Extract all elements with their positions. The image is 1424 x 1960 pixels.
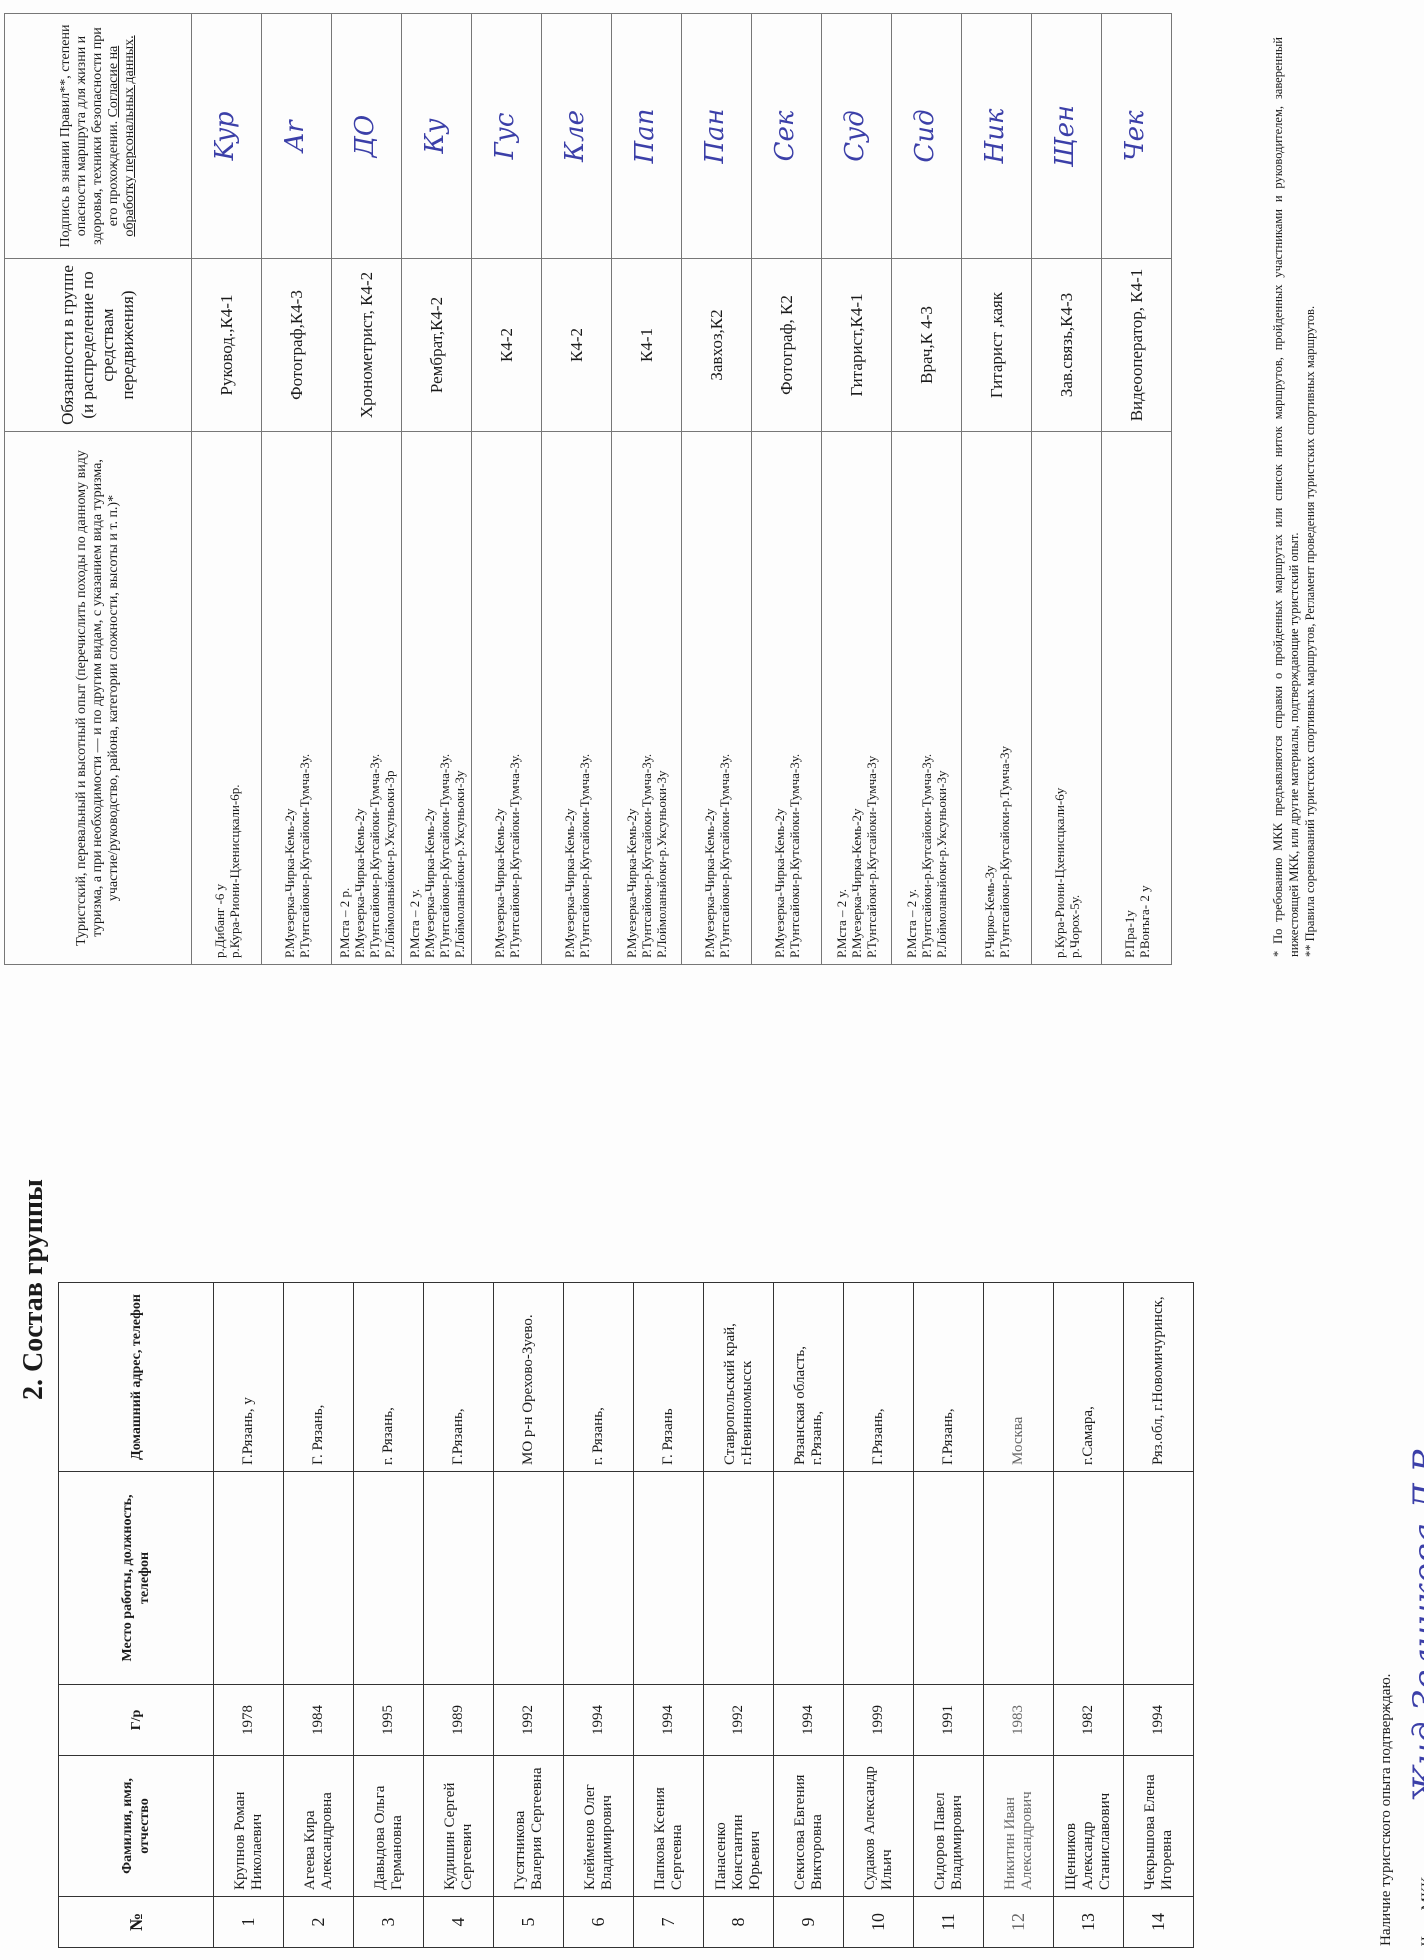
experience-line: Р.Муезерка-Чирка-Кемь-2у	[282, 438, 297, 958]
member-row: 6Клейменов Олег Владимирович1994г. Рязан…	[564, 1283, 634, 1948]
handwritten-signature: Суд	[840, 110, 870, 161]
member-number: 3	[354, 1897, 424, 1948]
member-name: Давыдова Ольга Германовна	[354, 1756, 424, 1897]
member-number: 4	[424, 1897, 494, 1948]
duty-cell: К4-2	[542, 259, 612, 432]
experience-line: Р.Лоймоланьйоки-р.Уксуньоки-3у	[654, 438, 669, 958]
experience-line: Р.Лоймоланьйоки-р.Уксуньоки-3у	[452, 438, 467, 958]
member-workplace	[424, 1472, 494, 1685]
duty-cell: Руковод.,К4-1	[192, 259, 262, 432]
experience-row: Р.Муезерка-Чирка-Кемь-2уР.Тунтсайоки-р.К…	[752, 14, 822, 965]
member-workplace	[1124, 1472, 1194, 1685]
experience-cell: Р.Мста – 2 у.Р.Тунтсайоки-р.Кутсайоки-Ту…	[892, 432, 962, 965]
experience-line: Р.Муезерка-Чирка-Кемь-2у	[422, 438, 437, 958]
signature-cell: Гус	[472, 14, 542, 259]
signature-cell: Пап	[612, 14, 682, 259]
member-name: Панасенко Константин Юрьевич	[704, 1756, 774, 1897]
experience-line: Р.Чирко-Кемь-3у	[982, 438, 997, 958]
member-row: 7Папкова Ксения Сергеевна1994Г. Рязань	[634, 1283, 704, 1948]
member-workplace	[914, 1472, 984, 1685]
footnote-1: * По требованию МКК предъявляются справк…	[1270, 37, 1302, 957]
duty-cell: Фотограф,К4-3	[262, 259, 332, 432]
experience-confirmation: Наличие туристского опыта подтверждаю.	[1378, 1674, 1395, 1946]
handwritten-signature: Сек	[770, 111, 800, 162]
experience-row: Р.Мста – 2 у.Р.Муезерка-Чирка-Кемь-2уР.Т…	[822, 14, 892, 965]
experience-cell: Р.Муезерка-Чирка-Кемь-2уР.Тунтсайоки-р.К…	[472, 432, 542, 965]
experience-cell: Р.Муезерка-Чирка-Кемь-2уР.Тунтсайоки-р.К…	[612, 432, 682, 965]
group-members-table: № Фамилия, имя, отчество Г/р Место работ…	[58, 1282, 1194, 1948]
member-birth-year: 1995	[354, 1685, 424, 1756]
member-name: Клейменов Олег Владимирович	[564, 1756, 634, 1897]
member-name: Чекрышова Елена Игоревна	[1124, 1756, 1194, 1897]
member-number: 7	[634, 1897, 704, 1948]
experience-line: Р.Мста – 2 у.	[407, 438, 422, 958]
experience-cell: р.Дибанг -6 ур.Кура-Риони-Цхенисцкали-6р…	[192, 432, 262, 965]
mkk-member-line: Член МКК Жид Зелинкова Л.В	[1400, 1388, 1424, 1946]
member-address: Г.Рязань,	[424, 1283, 494, 1472]
experience-line: Р.Тунтсайоки-р.Кутсайоки-Тумча-3у.	[577, 438, 592, 958]
handwritten-signature: Пап	[630, 109, 660, 164]
member-name: Никитин Иван Александрович	[984, 1756, 1054, 1897]
member-workplace	[774, 1472, 844, 1685]
signature-cell: ДО	[332, 14, 402, 259]
member-number: 14	[1124, 1897, 1194, 1948]
signature-cell: Ar	[262, 14, 332, 259]
experience-cell: Р.Муезерка-Чирка-Кемь-2уР.Тунтсайоки-р.К…	[752, 432, 822, 965]
member-address: Г.Рязань,	[844, 1283, 914, 1472]
experience-row: Р.Мста – 2 у.Р.Тунтсайоки-р.Кутсайоки-Ту…	[892, 14, 962, 965]
member-address: г. Рязань,	[354, 1283, 424, 1472]
experience-cell: Р.Чирко-Кемь-3уР.Тунтсайоки-р.Кутсайоки-…	[962, 432, 1032, 965]
member-number: 9	[774, 1897, 844, 1948]
duty-cell: Гитарист ,каяк	[962, 259, 1032, 432]
experience-line: Р.Тунтсайоки-р.Кутсайоки-Тумча-3у.	[367, 438, 382, 958]
experience-line: Р.Мста – 2 у.	[904, 438, 919, 958]
handwritten-signature: Щен	[1050, 105, 1080, 167]
experience-row: Р.Муезерка-Чирка-Кемь-2уР.Тунтсайоки-р.К…	[682, 14, 752, 965]
member-row: 9Секисова Евгения Викторовна1994Рязанска…	[774, 1283, 844, 1948]
member-address: Г.Рязань,	[914, 1283, 984, 1472]
experience-cell: Р.Мста – 2 у.Р.Муезерка-Чирка-Кемь-2уР.Т…	[402, 432, 472, 965]
experience-row: р.Кура-Риони-Цхенисцкали-6ур.Чорох-5у.За…	[1032, 14, 1102, 965]
experience-line: Р.Муезерка-Чирка-Кемь-2у	[772, 438, 787, 958]
duty-cell: К4-2	[472, 259, 542, 432]
member-workplace	[284, 1472, 354, 1685]
experience-line: Р.Мста – 2 у.	[834, 438, 849, 958]
experience-row: Р.Мста – 2 р.Р.Муезерка-Чирка-Кемь-2уР.Т…	[332, 14, 402, 965]
member-address: г.Самара,	[1054, 1283, 1124, 1472]
header-signature: Подпись в знании Правил**, степени опасн…	[5, 14, 192, 259]
footnote-2: ** Правила соревнований туристских спорт…	[1302, 37, 1318, 957]
member-birth-year: 1991	[914, 1685, 984, 1756]
member-birth-year: 1984	[284, 1685, 354, 1756]
experience-cell: р.Кура-Риони-Цхенисцкали-6ур.Чорох-5у.	[1032, 432, 1102, 965]
member-workplace	[984, 1472, 1054, 1685]
member-name: Агеева Кира Александровна	[284, 1756, 354, 1897]
handwritten-signature: ДО	[350, 115, 380, 157]
handwritten-signature: Сид	[910, 109, 940, 162]
mkk-member-label: Член МКК	[1419, 1877, 1424, 1946]
experience-line: Р.Тунтсайоки-р.Кутсайоки-Тумча-3у.	[717, 438, 732, 958]
experience-line: Р.Тунтсайоки-р.Кутсайоки-Тумча-3у.	[639, 438, 654, 958]
duty-cell: Зав.связь,К4-3	[1032, 259, 1102, 432]
experience-row: Р.Муезерка-Чирка-Кемь-2уР.Тунтсайоки-р.К…	[542, 14, 612, 965]
member-name: Крупнов Роман Николаевич	[214, 1756, 284, 1897]
member-birth-year: 1978	[214, 1685, 284, 1756]
member-birth-year: 1994	[774, 1685, 844, 1756]
member-number: 8	[704, 1897, 774, 1948]
member-number: 6	[564, 1897, 634, 1948]
member-number: 2	[284, 1897, 354, 1948]
experience-line: Р.Тунтсайоки-р.Кутсайоки-Тумча-3у.	[919, 438, 934, 958]
header-year: Г/р	[59, 1685, 214, 1756]
experience-line: Р.Тунтсайоки-р.Кутсайоки-р.Тумча-3у	[997, 438, 1012, 958]
duty-cell: Рембрат,К4-2	[402, 259, 472, 432]
section-title: 2. Состав группы	[18, 1179, 50, 1400]
member-row: 14Чекрышова Елена Игоревна1994Ряз.обл, г…	[1124, 1283, 1194, 1948]
member-row: 1Крупнов Роман Николаевич1978Г.Рязань, у	[214, 1283, 284, 1948]
member-workplace	[634, 1472, 704, 1685]
duty-cell: К4-1	[612, 259, 682, 432]
experience-cell: Р.Муезерка-Чирка-Кемь-2уР.Тунтсайоки-р.К…	[542, 432, 612, 965]
handwritten-signature: Ник	[980, 109, 1010, 164]
member-address: Ставропольский край, г.Невинномысск	[704, 1283, 774, 1472]
member-address: Г.Рязань, у	[214, 1283, 284, 1472]
handwritten-signature: Пан	[700, 108, 730, 163]
experience-line: р.Чорох-5у.	[1067, 438, 1082, 958]
member-name: Папкова Ксения Сергеевна	[634, 1756, 704, 1897]
member-workplace	[564, 1472, 634, 1685]
experience-line: Р.Тунтсайоки-р.Кутсайоки-Тумча-3у	[864, 438, 879, 958]
member-row: 10Судаков Александр Ильич1999Г.Рязань,	[844, 1283, 914, 1948]
header-no: №	[59, 1897, 214, 1948]
handwritten-signature: Гус	[490, 113, 520, 160]
duty-cell: Врач,К 4-3	[892, 259, 962, 432]
member-row: 4Кудишин Сергей Сергеевич1989Г.Рязань,	[424, 1283, 494, 1948]
duty-cell: Гитарист,К4-1	[822, 259, 892, 432]
experience-row: Р.Муезерка-Чирка-Кемь-2уР.Тунтсайоки-р.К…	[612, 14, 682, 965]
header-address: Домашний адрес, телефон	[59, 1283, 214, 1472]
document-page: 2. Состав группы № Фамилия, имя, отчеств…	[0, 0, 1424, 1960]
experience-line: Р.Тунтсайоки-р.Кутсайоки-Тумча-3у.	[437, 438, 452, 958]
member-birth-year: 1994	[634, 1685, 704, 1756]
duty-cell: Завхоз,К2	[682, 259, 752, 432]
handwritten-signature: Ку	[420, 118, 450, 153]
member-workplace	[354, 1472, 424, 1685]
experience-line: Р.Муезерка-Чирка-Кемь-2у	[624, 438, 639, 958]
duty-cell: Видеооператор, К4-1	[1102, 259, 1172, 432]
header-name: Фамилия, имя, отчество	[59, 1756, 214, 1897]
signature-cell: Кле	[542, 14, 612, 259]
signature-cell: Kyp	[192, 14, 262, 259]
member-workplace	[494, 1472, 564, 1685]
experience-cell: Р.Муезерка-Чирка-Кемь-2уР.Тунтсайоки-р.К…	[262, 432, 332, 965]
member-row: 5Гусятникова Валерия Сергеевна1992МО р-н…	[494, 1283, 564, 1948]
signature-cell: Ник	[962, 14, 1032, 259]
header-work: Место работы, должность, телефон	[59, 1472, 214, 1685]
member-address: Рязанская область, г.Рязань,	[774, 1283, 844, 1472]
signature-cell: Сек	[752, 14, 822, 259]
member-workplace	[844, 1472, 914, 1685]
experience-line: Р.Лоймоланьйоки-р.Уксуньоки-3у	[934, 438, 949, 958]
mkk-member-signature: Жид Зелинкова Л.В	[1406, 1388, 1424, 1864]
member-address: Г. Рязань,	[284, 1283, 354, 1472]
member-birth-year: 1982	[1054, 1685, 1124, 1756]
member-row: 12Никитин Иван Александрович1983Москва	[984, 1283, 1054, 1948]
experience-line: Р.Тунтсайоки-р.Кутсайоки-Тумча-3у.	[507, 438, 522, 958]
experience-line: р.Кура-Риони-Цхенисцкали-6р.	[227, 438, 242, 958]
header-duties: Обязанности в группе (и распределение по…	[5, 259, 192, 432]
experience-row: Р.Чирко-Кемь-3уР.Тунтсайоки-р.Кутсайоки-…	[962, 14, 1032, 965]
experience-row: Р.Муезерка-Чирка-Кемь-2уР.Тунтсайоки-р.К…	[472, 14, 542, 965]
member-birth-year: 1989	[424, 1685, 494, 1756]
member-birth-year: 1983	[984, 1685, 1054, 1756]
experience-row: Р.Пра-1уР.Вонъга- 2 уВидеооператор, К4-1…	[1102, 14, 1172, 965]
member-name: Судаков Александр Ильич	[844, 1756, 914, 1897]
experience-line: Р.Вонъга- 2 у	[1137, 438, 1152, 958]
member-workplace	[214, 1472, 284, 1685]
experience-cell: Р.Пра-1уР.Вонъга- 2 у	[1102, 432, 1172, 965]
handwritten-signature: Kyp	[210, 111, 240, 160]
duty-cell: Фотограф, К2	[752, 259, 822, 432]
experience-line: Р.Тунтсайоки-р.Кутсайоки-Тумча-3у.	[297, 438, 312, 958]
experience-cell: Р.Муезерка-Чирка-Кемь-2уР.Тунтсайоки-р.К…	[682, 432, 752, 965]
member-birth-year: 1992	[494, 1685, 564, 1756]
member-address: г. Рязань,	[564, 1283, 634, 1472]
member-birth-year: 1994	[564, 1685, 634, 1756]
experience-line: Р.Мста – 2 р.	[337, 438, 352, 958]
experience-line: Р.Тунтсайоки-р.Кутсайоки-Тумча-3у.	[787, 438, 802, 958]
handwritten-signature: Чек	[1120, 111, 1150, 162]
experience-line: р.Дибанг -6 у	[212, 438, 227, 958]
member-number: 1	[214, 1897, 284, 1948]
experience-line: Р.Муезерка-Чирка-Кемь-2у	[492, 438, 507, 958]
experience-line: Р.Пра-1у	[1122, 438, 1137, 958]
experience-line: Р.Муезерка-Чирка-Кемь-2у	[849, 438, 864, 958]
member-row: 11Сидоров Павел Владимирович1991Г.Рязань…	[914, 1283, 984, 1948]
experience-table: Туристский, перевальный и высотный опыт …	[4, 13, 1172, 965]
signature-cell: Пан	[682, 14, 752, 259]
member-birth-year: 1992	[704, 1685, 774, 1756]
experience-line: Р.Муезерка-Чирка-Кемь-2у	[352, 438, 367, 958]
member-address: Г. Рязань	[634, 1283, 704, 1472]
member-row: 13Щенников Александр Станиславович1982г.…	[1054, 1283, 1124, 1948]
member-workplace	[1054, 1472, 1124, 1685]
duty-cell: Хронометрист, К4-2	[332, 259, 402, 432]
member-name: Щенников Александр Станиславович	[1054, 1756, 1124, 1897]
member-number: 5	[494, 1897, 564, 1948]
signature-cell: Чек	[1102, 14, 1172, 259]
header-experience: Туристский, перевальный и высотный опыт …	[5, 432, 192, 965]
member-address: МО р-н Орехово-Зуево.	[494, 1283, 564, 1472]
member-name: Гусятникова Валерия Сергеевна	[494, 1756, 564, 1897]
member-address: Москва	[984, 1283, 1054, 1472]
signature-cell: Щен	[1032, 14, 1102, 259]
member-name: Секисова Евгения Викторовна	[774, 1756, 844, 1897]
member-address: Ряз.обл, г.Новомичуринск,	[1124, 1283, 1194, 1472]
member-birth-year: 1999	[844, 1685, 914, 1756]
experience-line: Р.Муезерка-Чирка-Кемь-2у	[702, 438, 717, 958]
experience-row: Р.Мста – 2 у.Р.Муезерка-Чирка-Кемь-2уР.Т…	[402, 14, 472, 965]
handwritten-signature: Кле	[560, 110, 590, 162]
signature-cell: Суд	[822, 14, 892, 259]
member-name: Сидоров Павел Владимирович	[914, 1756, 984, 1897]
member-number: 10	[844, 1897, 914, 1948]
experience-line: Р.Муезерка-Чирка-Кемь-2у	[562, 438, 577, 958]
handwritten-signature: Ar	[280, 120, 310, 151]
member-name: Кудишин Сергей Сергеевич	[424, 1756, 494, 1897]
member-number: 11	[914, 1897, 984, 1948]
experience-line: р.Кура-Риони-Цхенисцкали-6у	[1052, 438, 1067, 958]
member-birth-year: 1994	[1124, 1685, 1194, 1756]
signature-cell: Ку	[402, 14, 472, 259]
experience-cell: Р.Мста – 2 р.Р.Муезерка-Чирка-Кемь-2уР.Т…	[332, 432, 402, 965]
member-number: 12	[984, 1897, 1054, 1948]
member-workplace	[704, 1472, 774, 1685]
signature-cell: Сид	[892, 14, 962, 259]
experience-cell: Р.Мста – 2 у.Р.Муезерка-Чирка-Кемь-2уР.Т…	[822, 432, 892, 965]
member-row: 2Агеева Кира Александровна1984Г. Рязань,	[284, 1283, 354, 1948]
member-number: 13	[1054, 1897, 1124, 1948]
member-row: 8Панасенко Константин Юрьевич1992Ставроп…	[704, 1283, 774, 1948]
experience-row: р.Дибанг -6 ур.Кура-Риони-Цхенисцкали-6р…	[192, 14, 262, 965]
experience-line: Р.Лоймоланьйоки-р.Уксуньоки-3р	[382, 438, 397, 958]
member-row: 3Давыдова Ольга Германовна1995г. Рязань,	[354, 1283, 424, 1948]
footnotes: * По требованию МКК предъявляются справк…	[1270, 37, 1318, 957]
experience-row: Р.Муезерка-Чирка-Кемь-2уР.Тунтсайоки-р.К…	[262, 14, 332, 965]
